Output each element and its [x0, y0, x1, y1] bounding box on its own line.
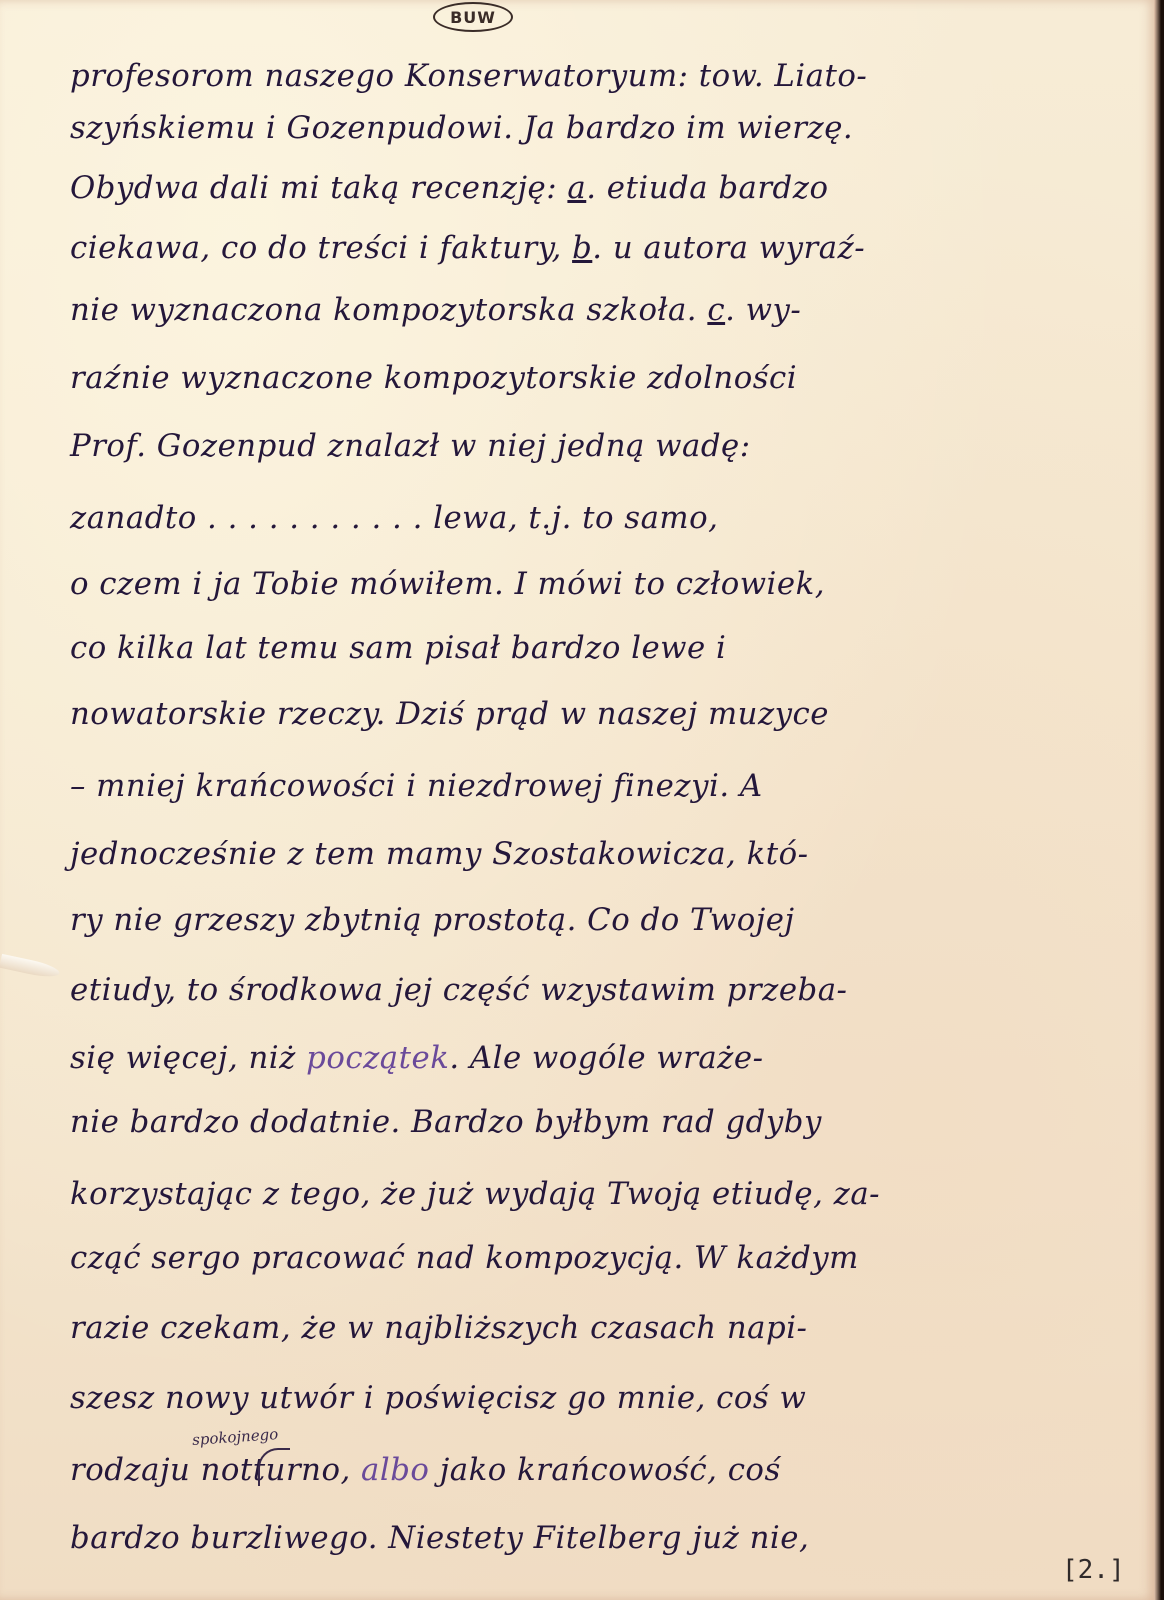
text-fragment: albo — [361, 1452, 429, 1488]
text-fragment: . wy- — [725, 292, 801, 328]
text-fragment: a — [567, 170, 586, 206]
text-line: o czem i ja Tobie mówiłem. I mówi to czł… — [70, 556, 1130, 612]
text-line: Prof. Gozenpud znalazł w niej jedną wadę… — [70, 418, 1130, 474]
text-line: – mniej krańcowości i niezdrowej finezyi… — [70, 758, 1130, 814]
text-line: Obydwa dali mi taką recenzję: a. etiuda … — [70, 160, 1130, 216]
text-line: nowatorskie rzeczy. Dziś prąd w naszej m… — [70, 686, 1130, 742]
text-line: szyńskiemu i Gozenpudowi. Ja bardzo im w… — [70, 100, 1130, 156]
text-line: bardzo burzliwego. Niestety Fitelberg ju… — [70, 1510, 1130, 1566]
text-fragment: jako krańcowość, coś — [429, 1452, 780, 1488]
insertion-mark — [258, 1448, 290, 1486]
letter-page: BUW profesorom naszego Konserwatoryum: t… — [0, 0, 1156, 1600]
page-number: [2.] — [1062, 1555, 1125, 1585]
text-fragment: b — [572, 230, 592, 266]
text-fragment: . Ale wogóle wraże- — [449, 1040, 763, 1076]
text-fragment: c — [707, 292, 725, 328]
text-fragment: się więcej, niż — [70, 1040, 306, 1076]
text-line: korzystając z tego, że już wydają Twoją … — [70, 1166, 1130, 1222]
text-fragment: ciekawa, co do treści i faktury, — [70, 230, 572, 266]
text-fragment: rodzaju notturno, — [70, 1452, 361, 1488]
text-line: nie bardzo dodatnie. Bardzo byłbym rad g… — [70, 1094, 1130, 1150]
text-fragment: . etiuda bardzo — [586, 170, 828, 206]
text-line: raźnie wyznaczone kompozytorskie zdolnoś… — [70, 350, 1130, 406]
text-line: ciekawa, co do treści i faktury, b. u au… — [70, 220, 1130, 276]
text-line: zanadto . . . . . . . . . . . lewa, t.j.… — [70, 490, 1130, 546]
text-line: etiudy, to środkowa jej część wzystawim … — [70, 962, 1130, 1018]
text-line: jednocześnie z tem mamy Szostakowicza, k… — [70, 826, 1130, 882]
text-line: się więcej, niż początek. Ale wogóle wra… — [70, 1030, 1130, 1086]
text-line: rodzaju notturno, albo jako krańcowość, … — [70, 1442, 1130, 1498]
page-edge-shadow — [1154, 0, 1164, 1600]
text-line: ry nie grzeszy zbytnią prostotą. Co do T… — [70, 892, 1130, 948]
text-line: nie wyznaczona kompozytorska szkoła. c. … — [70, 282, 1130, 338]
text-line: razie czekam, że w najbliższych czasach … — [70, 1300, 1130, 1356]
handwritten-text-body: profesorom naszego Konserwatoryum: tow. … — [0, 0, 1156, 1600]
text-fragment: Obydwa dali mi taką recenzję: — [70, 170, 567, 206]
text-line: profesorom naszego Konserwatoryum: tow. … — [70, 48, 1130, 104]
text-fragment: początek — [306, 1040, 449, 1076]
text-line: co kilka lat temu sam pisał bardzo lewe … — [70, 620, 1130, 676]
text-fragment: . u autora wyraź- — [592, 230, 865, 266]
text-line: szesz nowy utwór i poświęcisz go mnie, c… — [70, 1370, 1130, 1426]
text-fragment: nie wyznaczona kompozytorska szkoła. — [70, 292, 707, 328]
text-line: cząć sergo pracować nad kompozycją. W ka… — [70, 1230, 1130, 1286]
